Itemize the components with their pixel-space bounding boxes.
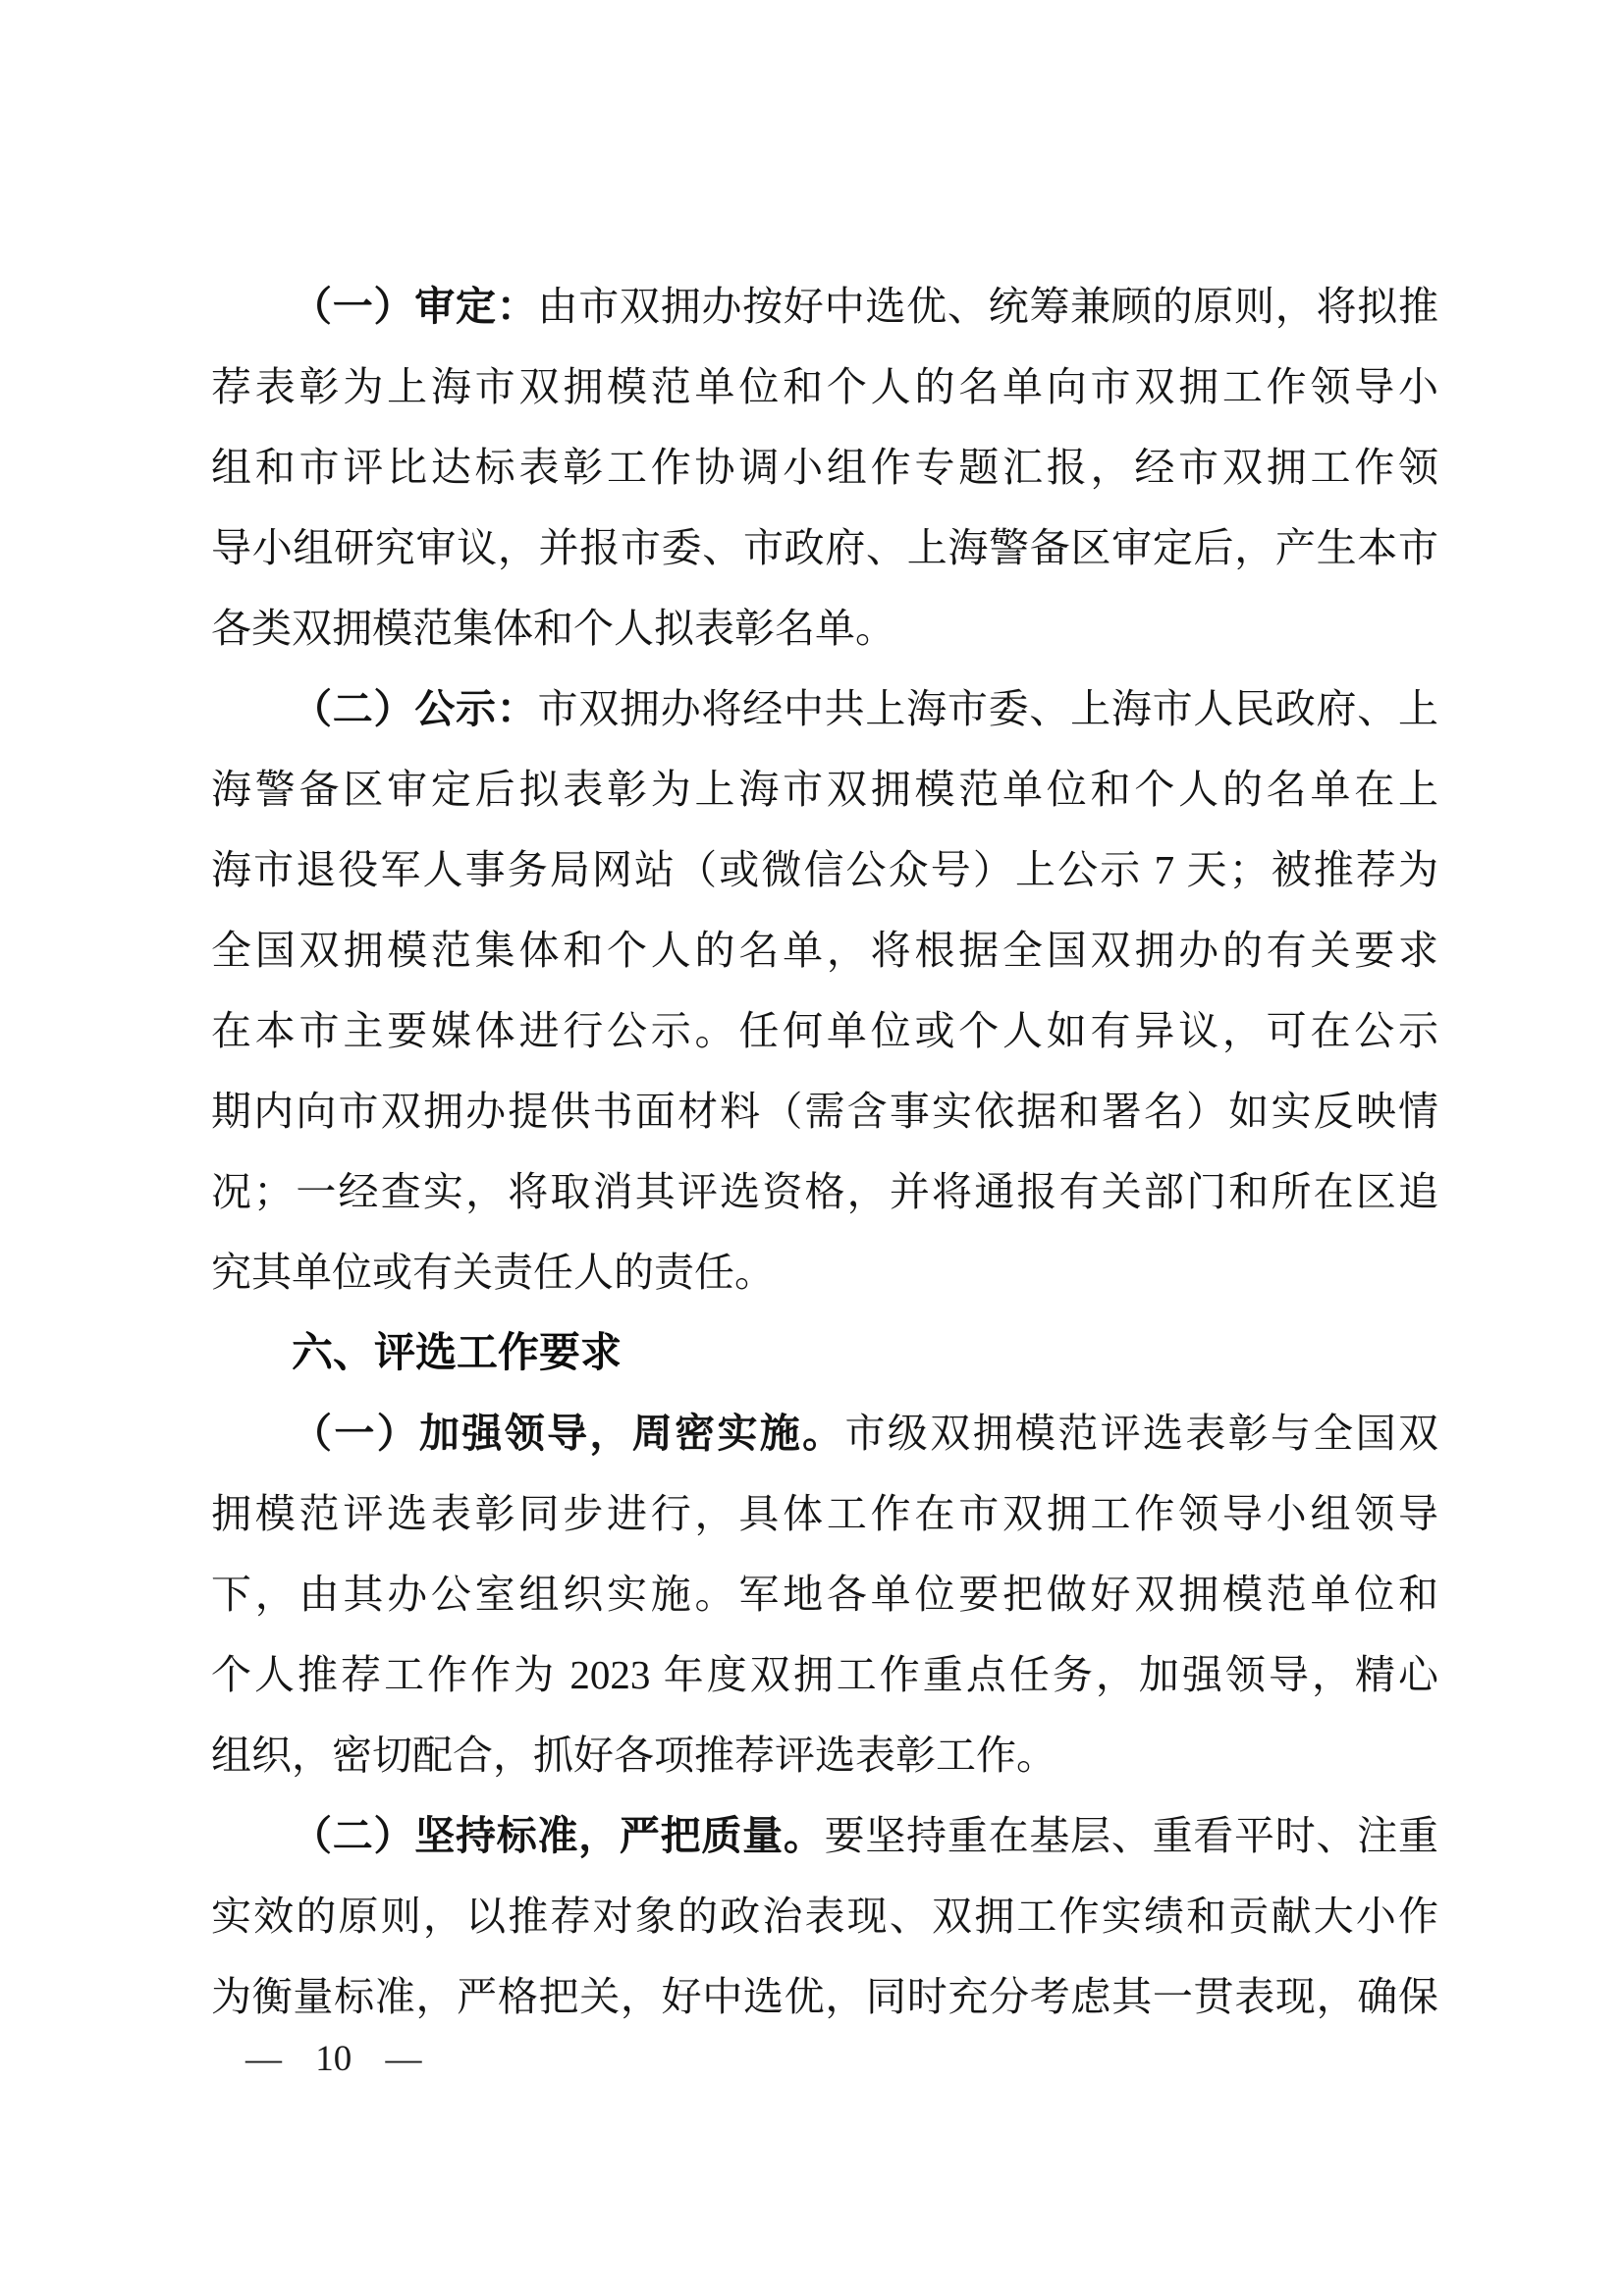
paragraph-2-last-line: 究其单位或有关责任人的责任。 — [211, 1232, 1438, 1312]
paragraph-3-line: 拥模范评选表彰同步进行，具体工作在市双拥工作领导小组领导 — [211, 1473, 1438, 1554]
paragraph-3-first-line: （一）加强领导，周密实施。市级双拥模范评选表彰与全国双 — [211, 1393, 1438, 1473]
paragraph-4-first-line-text: 要坚持重在基层、重看平时、注重 — [825, 1813, 1438, 1858]
paragraph-1-line: 导小组研究审议，并报市委、市政府、上海警备区审定后，产生本市 — [211, 507, 1438, 588]
paragraph-2-lead: （二）公示： — [292, 686, 537, 731]
paragraph-1-first-line: （一）审定：由市双拥办按好中选优、统筹兼顾的原则，将拟推 — [211, 266, 1438, 347]
paragraph-1-last-line: 各类双拥模范集体和个人拟表彰名单。 — [211, 588, 1438, 668]
paragraph-3-lead: （一）加强领导，周密实施。 — [292, 1411, 845, 1456]
paragraph-3-line: 个人推荐工作作为 2023 年度双拥工作重点任务，加强领导，精心 — [211, 1634, 1438, 1715]
paragraph-1-line: 组和市评比达标表彰工作协调小组作专题汇报，经市双拥工作领 — [211, 427, 1438, 507]
paragraph-3-last-line: 组织，密切配合，抓好各项推荐评选表彰工作。 — [211, 1715, 1438, 1795]
paragraph-2-line: 期内向市双拥办提供书面材料（需含事实依据和署名）如实反映情 — [211, 1071, 1438, 1151]
paragraph-3-line: 下，由其办公室组织实施。军地各单位要把做好双拥模范单位和 — [211, 1554, 1438, 1634]
document-page: （一）审定：由市双拥办按好中选优、统筹兼顾的原则，将拟推 荐表彰为上海市双拥模范… — [0, 0, 1624, 2296]
paragraph-2-line: 在本市主要媒体进行公示。任何单位或个人如有异议，可在公示 — [211, 990, 1438, 1071]
paragraph-2-line: 海警备区审定后拟表彰为上海市双拥模范单位和个人的名单在上 — [211, 749, 1438, 829]
paragraph-4-lead: （二）坚持标准，严把质量。 — [292, 1813, 825, 1858]
paragraph-2-line: 况；一经查实，将取消其评选资格，并将通报有关部门和所在区追 — [211, 1151, 1438, 1232]
paragraph-4-first-line: （二）坚持标准，严把质量。要坚持重在基层、重看平时、注重 — [211, 1795, 1438, 1876]
paragraph-4-line: 实效的原则，以推荐对象的政治表现、双拥工作实绩和贡献大小作 — [211, 1876, 1438, 1956]
paragraph-1-line: 荐表彰为上海市双拥模范单位和个人的名单向市双拥工作领导小 — [211, 347, 1438, 427]
paragraph-1-lead: （一）审定： — [292, 284, 537, 329]
paragraph-2-first-line: （二）公示：市双拥办将经中共上海市委、上海市人民政府、上 — [211, 668, 1438, 749]
paragraph-2-line: 海市退役军人事务局网站（或微信公众号）上公示 7 天；被推荐为 — [211, 829, 1438, 910]
section-heading: 六、评选工作要求 — [211, 1312, 1438, 1393]
page-number-footer: — 10 — — [245, 2040, 422, 2079]
paragraph-2-first-line-text: 市双拥办将经中共上海市委、上海市人民政府、上 — [537, 686, 1438, 731]
paragraph-3-first-line-text: 市级双拥模范评选表彰与全国双 — [845, 1411, 1439, 1456]
paragraph-1-first-line-text: 由市双拥办按好中选优、统筹兼顾的原则，将拟推 — [537, 284, 1438, 329]
paragraph-4-line: 为衡量标准，严格把关，好中选优，同时充分考虑其一贯表现，确保 — [211, 1956, 1438, 2037]
document-body: （一）审定：由市双拥办按好中选优、统筹兼顾的原则，将拟推 荐表彰为上海市双拥模范… — [211, 266, 1438, 2037]
paragraph-2-line: 全国双拥模范集体和个人的名单，将根据全国双拥办的有关要求 — [211, 910, 1438, 990]
